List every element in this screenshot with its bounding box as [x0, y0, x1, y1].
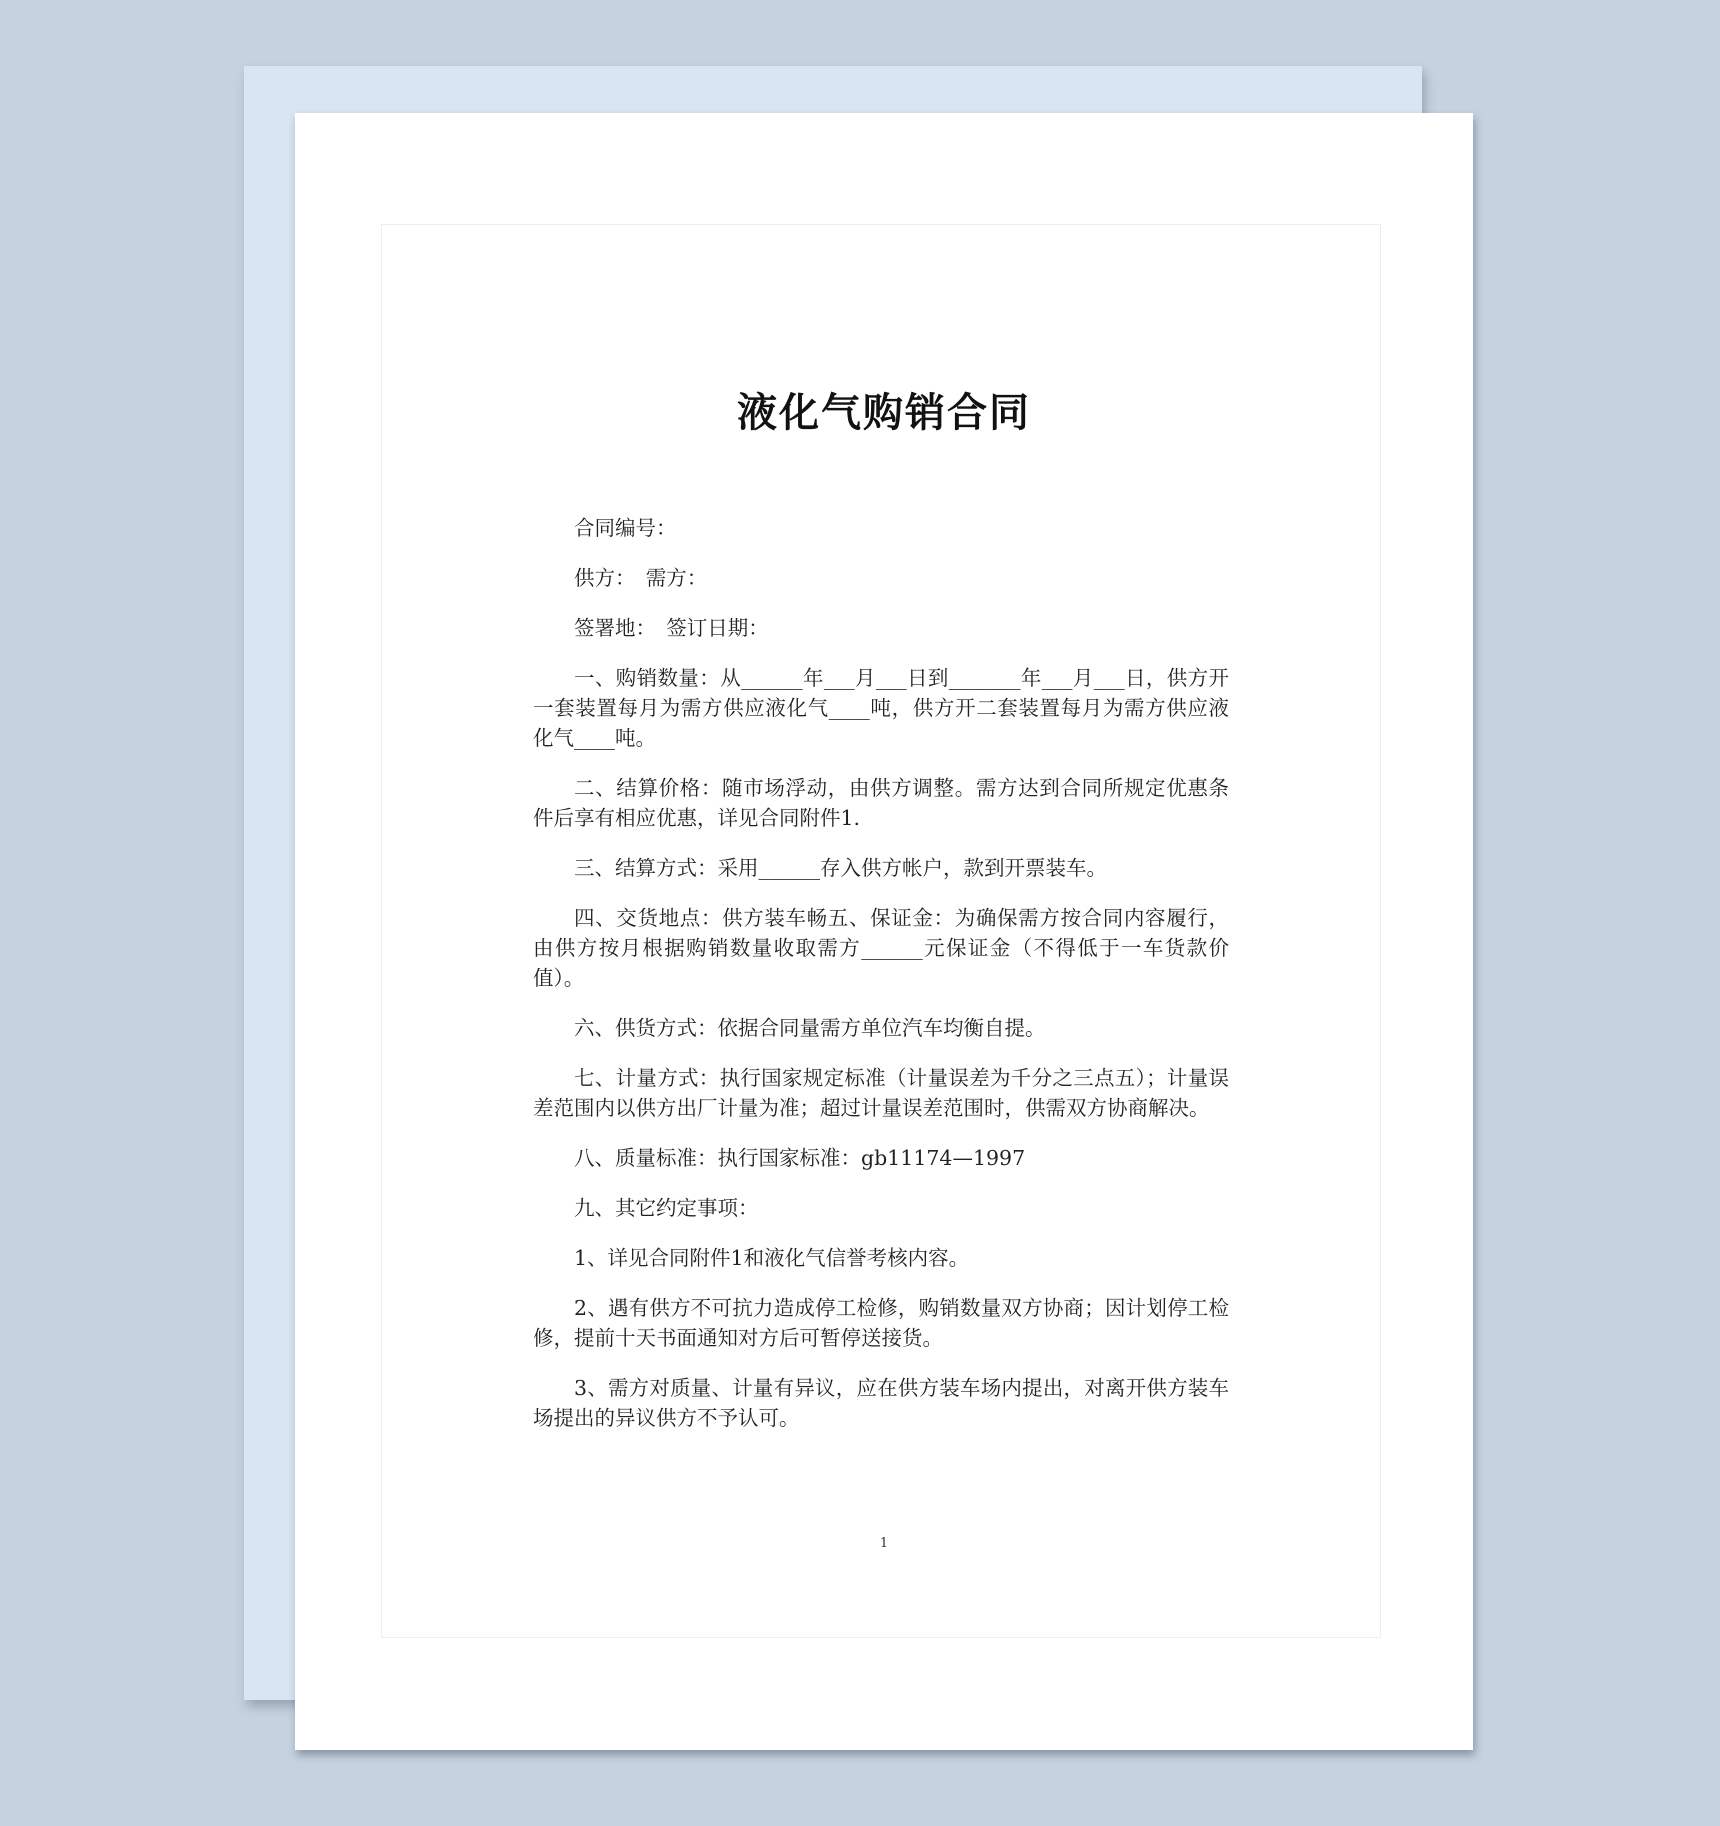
clause-delivery-deposit: 四、交货地点：供方装车畅五、保证金：为确保需方按合同内容履行，由供方按月根据购销… — [533, 903, 1229, 993]
signing-place-date-field: 签署地： 签订日期： — [533, 613, 1229, 643]
clause-quality: 八、质量标准：执行国家标准：gb11174—1997 — [533, 1143, 1229, 1173]
document-title: 液化气购销合同 — [295, 381, 1473, 438]
clause-other-item-1: 1、详见合同附件1和液化气信誉考核内容。 — [533, 1243, 1229, 1273]
front-page-sheet: 液化气购销合同 合同编号： 供方： 需方： 签署地： 签订日期： 一、购销数量：… — [295, 113, 1473, 1750]
document-body: 合同编号： 供方： 需方： 签署地： 签订日期： 一、购销数量：从______年… — [533, 513, 1229, 1453]
parties-field: 供方： 需方： — [533, 563, 1229, 593]
page-number: 1 — [295, 1536, 1473, 1551]
clause-quantity: 一、购销数量：从______年___月___日到_______年___月___日… — [533, 663, 1229, 753]
clause-measurement: 七、计量方式：执行国家规定标准（计量误差为千分之三点五）；计量误差范围内以供方出… — [533, 1063, 1229, 1123]
clause-price: 二、结算价格：随市场浮动，由供方调整。需方达到合同所规定优惠条件后享有相应优惠，… — [533, 773, 1229, 833]
clause-supply-method: 六、供货方式：依据合同量需方单位汽车均衡自提。 — [533, 1013, 1229, 1043]
clause-other-item-2: 2、遇有供方不可抗力造成停工检修，购销数量双方协商；因计划停工检修，提前十天书面… — [533, 1293, 1229, 1353]
clause-other-item-3: 3、需方对质量、计量有异议，应在供方装车场内提出，对离开供方装车场提出的异议供方… — [533, 1373, 1229, 1433]
contract-number-field: 合同编号： — [533, 513, 1229, 543]
clause-payment: 三、结算方式：采用______存入供方帐户，款到开票装车。 — [533, 853, 1229, 883]
clause-other-heading: 九、其它约定事项： — [533, 1193, 1229, 1223]
